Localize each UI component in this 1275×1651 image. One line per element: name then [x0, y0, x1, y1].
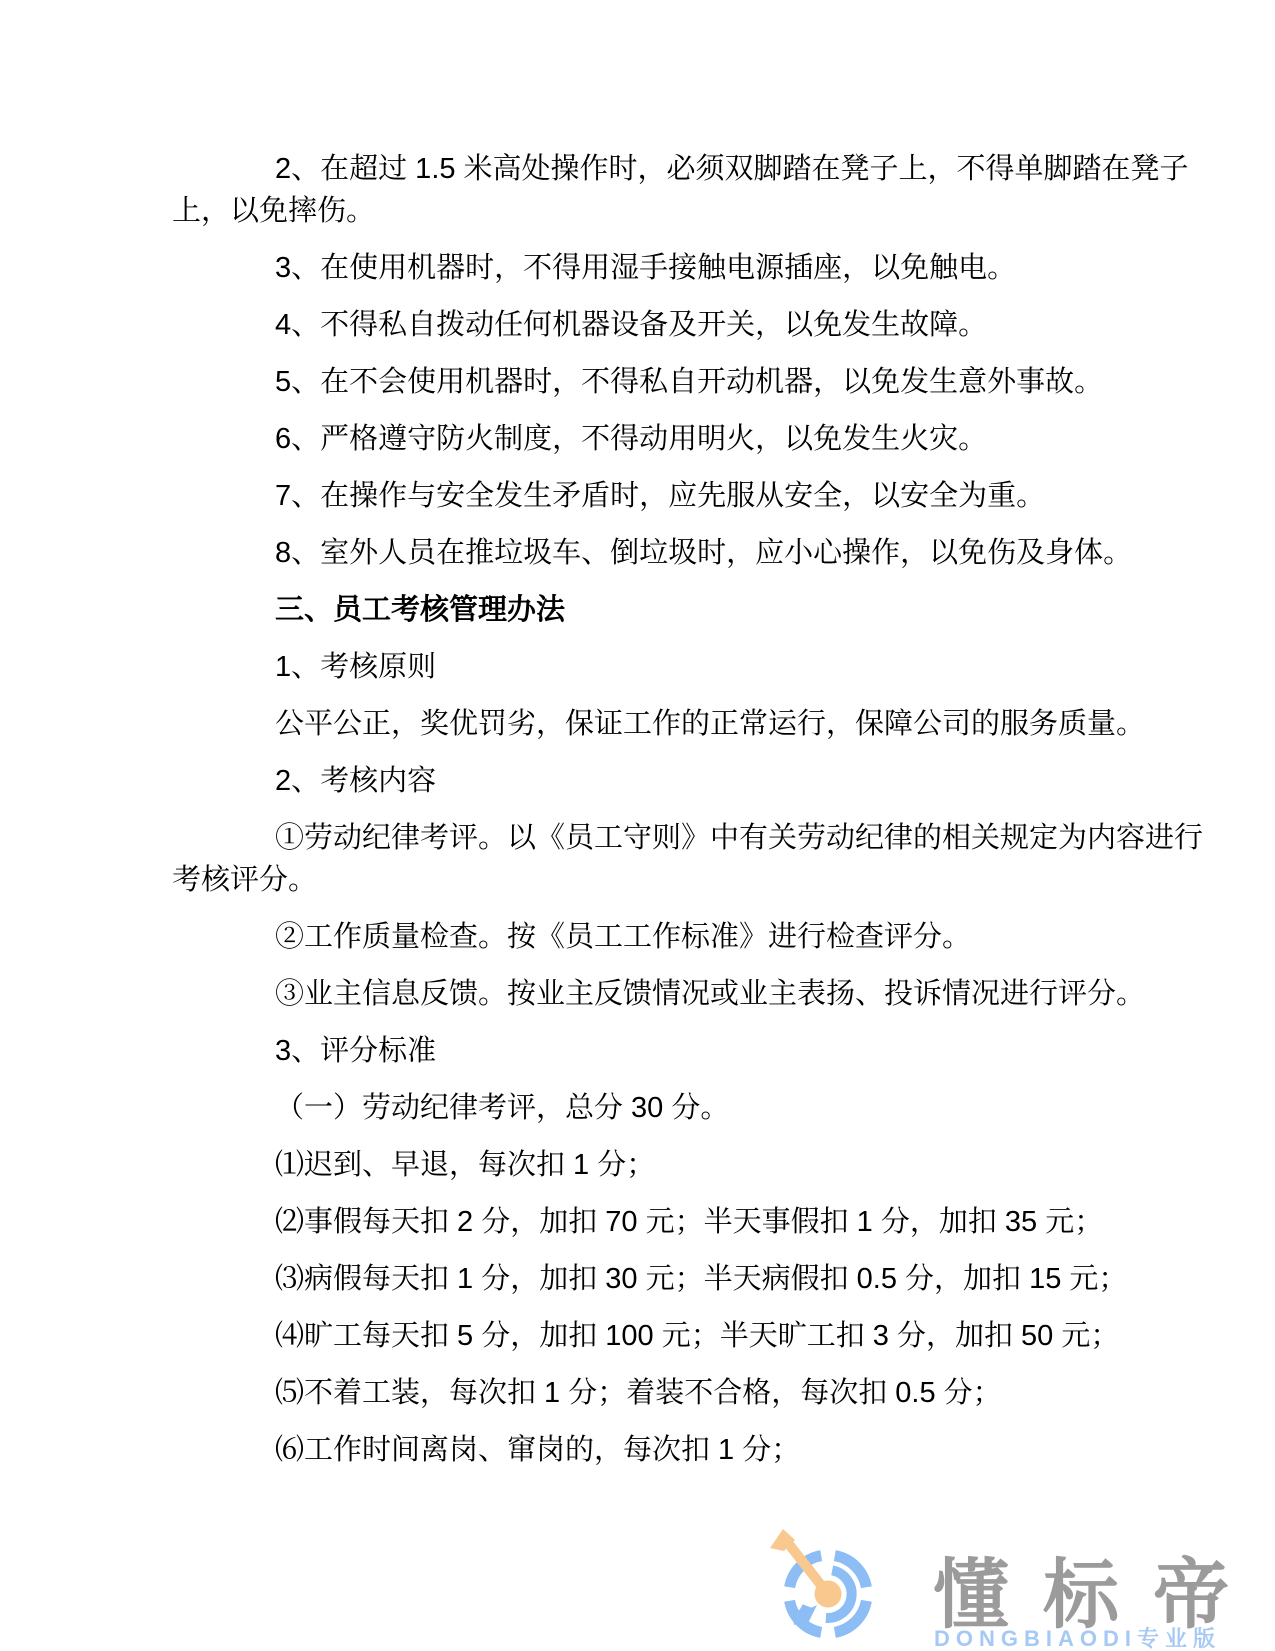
- watermark-title: 懂标帝: [933, 1534, 1263, 1643]
- logo-dart-tail: [770, 1529, 795, 1551]
- paragraph: ①劳动纪律考评。以《员工守则》中有关劳动纪律的相关规定为内容进行考核评分。: [172, 817, 1132, 901]
- paragraph: 2、在超过 1.5 米高处操作时，必须双脚踏在凳子上，不得单脚踏在凳子上，以免摔…: [172, 148, 1132, 232]
- paragraph: ⑸不着工装，每次扣 1 分；着装不合格，每次扣 0.5 分；: [172, 1372, 1132, 1414]
- logo-ring-segment: [835, 1601, 867, 1633]
- logo-ring-segment: [790, 1601, 822, 1633]
- paragraph: （一）劳动纪律考评，总分 30 分。: [172, 1087, 1132, 1129]
- text-line: 3、在使用机器时，不得用湿手接触电源插座，以免触电。: [172, 247, 1132, 289]
- paragraph: ⑶病假每天扣 1 分，加扣 30 元；半天病假扣 0.5 分，加扣 15 元；: [172, 1258, 1132, 1300]
- text-line: 3、评分标准: [172, 1030, 1132, 1072]
- paragraph: ⑹工作时间离岗、窜岗的，每次扣 1 分；: [172, 1429, 1132, 1471]
- paragraph: ③业主信息反馈。按业主反馈情况或业主表扬、投诉情况进行评分。: [172, 973, 1132, 1015]
- text-line: 上，以免摔伤。: [172, 190, 1132, 232]
- paragraph: ⑷旷工每天扣 5 分，加扣 100 元；半天旷工扣 3 分，加扣 50 元；: [172, 1315, 1132, 1357]
- text-line: ⑵事假每天扣 2 分，加扣 70 元；半天事假扣 1 分，加扣 35 元；: [172, 1201, 1132, 1243]
- text-line: ①劳动纪律考评。以《员工守则》中有关劳动纪律的相关规定为内容进行: [172, 817, 1132, 859]
- logo-ring-segment: [768, 1574, 807, 1622]
- logo-ring-segment: [826, 1570, 852, 1618]
- text-line: 6、严格遵守防火制度，不得动用明火，以免发生火灾。: [172, 418, 1132, 460]
- logo-dart-shaft: [788, 1543, 828, 1594]
- text-line: ⑴迟到、早退，每次扣 1 分；: [172, 1144, 1132, 1186]
- paragraph: ⑴迟到、早退，每次扣 1 分；: [172, 1144, 1132, 1186]
- logo-ring-segment: [790, 1556, 822, 1588]
- document-body: 2、在超过 1.5 米高处操作时，必须双脚踏在凳子上，不得单脚踏在凳子上，以免摔…: [172, 148, 1132, 1486]
- text-line: 公平公正，奖优罚劣，保证工作的正常运行，保障公司的服务质量。: [172, 703, 1132, 745]
- paragraph: 公平公正，奖优罚劣，保证工作的正常运行，保障公司的服务质量。: [172, 703, 1132, 745]
- text-line: 4、不得私自拨动任何机器设备及开关，以免发生故障。: [172, 304, 1132, 346]
- logo-ring-segment: [835, 1556, 867, 1588]
- paragraph: ⑵事假每天扣 2 分，加扣 70 元；半天事假扣 1 分，加扣 35 元；: [172, 1201, 1132, 1243]
- text-line: 1、考核原则: [172, 646, 1132, 688]
- text-line: 2、在超过 1.5 米高处操作时，必须双脚踏在凳子上，不得单脚踏在凳子: [172, 148, 1132, 190]
- logo-bullseye-center: [815, 1581, 842, 1608]
- text-line: 7、在操作与安全发生矛盾时，应先服从安全，以安全为重。: [172, 475, 1132, 517]
- paragraph: 5、在不会使用机器时，不得私自开动机器，以免发生意外事故。: [172, 361, 1132, 403]
- paragraph: ②工作质量检查。按《员工工作标准》进行检查评分。: [172, 916, 1132, 958]
- document-page: 2、在超过 1.5 米高处操作时，必须双脚踏在凳子上，不得单脚踏在凳子上，以免摔…: [0, 0, 1275, 1651]
- paragraph: 6、严格遵守防火制度，不得动用明火，以免发生火灾。: [172, 418, 1132, 460]
- section-heading: 三、员工考核管理办法: [172, 589, 1132, 631]
- text-line: ⑶病假每天扣 1 分，加扣 30 元；半天病假扣 0.5 分，加扣 15 元；: [172, 1258, 1132, 1300]
- dongbiaodi-logo-icon: [768, 1526, 884, 1648]
- paragraph: 4、不得私自拨动任何机器设备及开关，以免发生故障。: [172, 304, 1132, 346]
- paragraph: 1、考核原则: [172, 646, 1132, 688]
- text-line: ③业主信息反馈。按业主反馈情况或业主表扬、投诉情况进行评分。: [172, 973, 1132, 1015]
- text-line: 2、考核内容: [172, 760, 1132, 802]
- text-line: ⑹工作时间离岗、窜岗的，每次扣 1 分；: [172, 1429, 1132, 1471]
- paragraph: 7、在操作与安全发生矛盾时，应先服从安全，以安全为重。: [172, 475, 1132, 517]
- text-line: ②工作质量检查。按《员工工作标准》进行检查评分。: [172, 916, 1132, 958]
- text-line: 考核评分。: [172, 859, 1132, 901]
- paragraph: 8、室外人员在推垃圾车、倒垃圾时，应小心操作，以免伤及身体。: [172, 532, 1132, 574]
- paragraph: 3、评分标准: [172, 1030, 1132, 1072]
- logo-needle: [798, 1605, 817, 1624]
- text-line: 5、在不会使用机器时，不得私自开动机器，以免发生意外事故。: [172, 361, 1132, 403]
- text-line: ⑷旷工每天扣 5 分，加扣 100 元；半天旷工扣 3 分，加扣 50 元；: [172, 1315, 1132, 1357]
- text-line: 三、员工考核管理办法: [172, 589, 1132, 631]
- text-line: ⑸不着工装，每次扣 1 分；着装不合格，每次扣 0.5 分；: [172, 1372, 1132, 1414]
- paragraph: 3、在使用机器时，不得用湿手接触电源插座，以免触电。: [172, 247, 1132, 289]
- watermark-subtitle: DONGBIAODI专业版: [934, 1622, 1221, 1651]
- paragraph: 2、考核内容: [172, 760, 1132, 802]
- text-line: 8、室外人员在推垃圾车、倒垃圾时，应小心操作，以免伤及身体。: [172, 532, 1132, 574]
- text-line: （一）劳动纪律考评，总分 30 分。: [172, 1087, 1132, 1129]
